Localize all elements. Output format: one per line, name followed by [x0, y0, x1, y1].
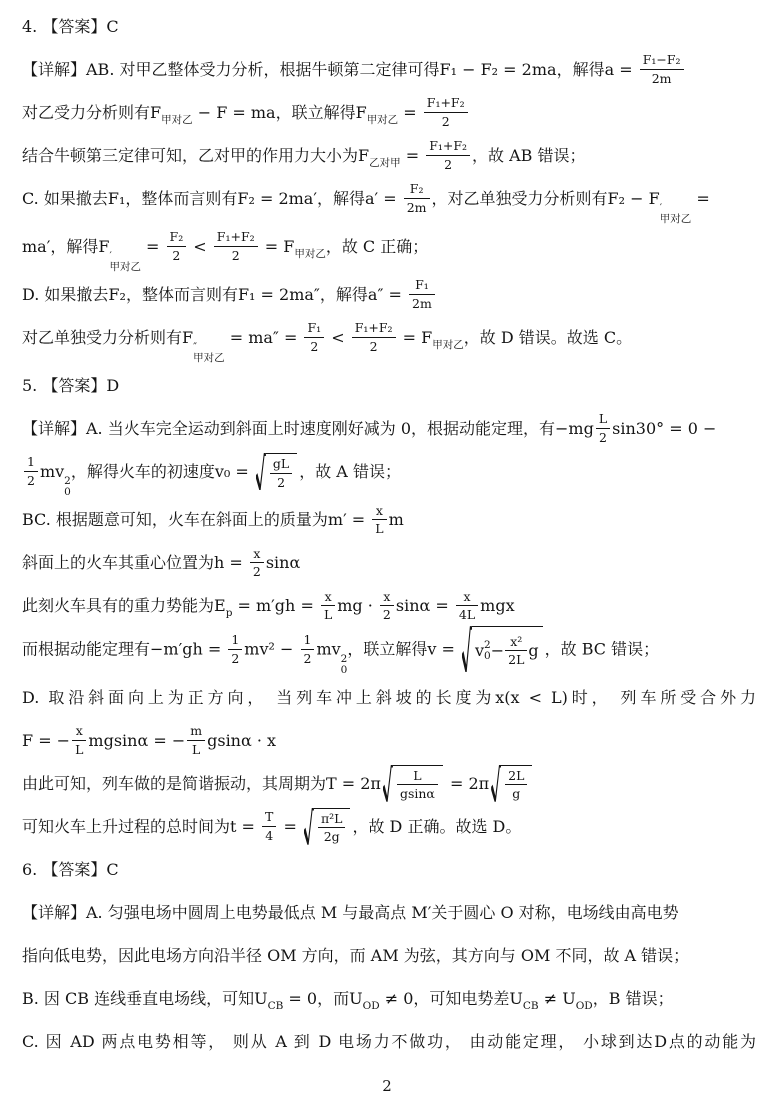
q4-detail-4: C. 如果撤去F₁，整体而言则有F₂ = 2ma′，解得a′ = F₂2m，对乙…	[22, 177, 756, 225]
radical-icon	[491, 765, 501, 802]
fraction: F₁+F₂2	[426, 138, 470, 172]
sup-sub-stack: ″甲对乙	[193, 342, 225, 364]
q5-detail-7: D. 取沿斜面向上为正方向， 当列车冲上斜坡的长度为x(x < L)时， 列车所…	[22, 676, 756, 719]
fraction: F₁2	[304, 320, 324, 354]
q4-detail-7: 对乙单独受力分析则有F″甲对乙 = ma″ = F₁2 < F₁+F₂2 = F…	[22, 316, 756, 364]
q5-detail-1: 【详解】A. 当火车完全运动到斜面上时速度刚好减为 0，根据动能定理，有−mgL…	[22, 407, 756, 450]
q6-answer: 6. 【答案】C	[22, 848, 756, 891]
q5-detail-4: 斜面上的火车其重心位置为h = x2sinα	[22, 541, 756, 584]
sup-sub-stack: 20	[484, 640, 491, 662]
fraction: xL	[372, 503, 386, 537]
fraction: F₁−F₂2m	[640, 52, 684, 86]
radical-icon	[304, 808, 314, 845]
square-root: gL2	[256, 453, 297, 490]
fraction: mL	[187, 723, 205, 757]
subscript: 乙对甲	[369, 157, 401, 169]
square-root: 2Lg	[491, 765, 532, 802]
subscript: 甲对乙	[367, 114, 399, 126]
q4-detail-3: 结合牛顿第三定律可知，乙对甲的作用力大小为F乙对甲 = F₁+F₂2，故 AB …	[22, 134, 756, 177]
q5-detail-6: 而根据动能定理有−m′gh = 12mv² − 12mv20，联立解得v = v…	[22, 627, 756, 676]
q6-detail-4: C. 因 AD 两点电势相等， 则从 A 到 D 电场力不做功， 由动能定理， …	[22, 1020, 756, 1063]
sup-sub-stack: 20	[341, 654, 348, 676]
subscript: p	[226, 607, 233, 619]
subscript: CB	[268, 1000, 284, 1012]
radical-icon	[256, 453, 266, 490]
fraction: F₂2m	[404, 181, 430, 215]
fraction: x2	[250, 546, 264, 580]
fraction: x2	[380, 589, 394, 623]
q5-detail-5: 此刻火车具有的重力势能为Ep = m′gh = xLmg · x2sinα = …	[22, 584, 756, 627]
fraction: F₂2	[167, 229, 187, 263]
fraction: 2Lg	[505, 768, 527, 802]
radical-icon	[383, 765, 393, 802]
subscript: 甲对乙	[294, 248, 326, 260]
q5-detail-2: 12mv20，解得火车的初速度v₀ = gL2，故 A 错误；	[22, 450, 756, 498]
fraction: 12	[24, 454, 38, 488]
sup-sub-stack: ′甲对乙	[109, 251, 141, 273]
fraction: F₁+F₂2	[352, 320, 396, 354]
q5-detail-9: 由此可知，列车做的是简谐振动，其周期为T = 2πLgsinα = 2π2Lg	[22, 762, 756, 805]
square-root: v20 − x²2Lg	[462, 626, 543, 672]
fraction: F₁+F₂2	[214, 229, 258, 263]
q4-answer: 4. 【答案】C	[22, 5, 756, 48]
subscript: CB	[523, 1000, 539, 1012]
q4-detail-2: 对乙受力分析则有F甲对乙 − F = ma，联立解得F甲对乙 = F₁+F₂2	[22, 91, 756, 134]
q5-detail-8: F = −xLmgsinα = −mLgsinα · x	[22, 719, 756, 762]
subscript: OD	[576, 1000, 593, 1012]
page-footer: 2	[0, 1077, 774, 1095]
fraction: Lgsinα	[397, 768, 438, 802]
q6-detail-3: B. 因 CB 连线垂直电场线，可知UCB = 0，而UOD ≠ 0，可知电势差…	[22, 977, 756, 1020]
fraction: xL	[321, 589, 335, 623]
q5-answer: 5. 【答案】D	[22, 364, 756, 407]
subscript: 甲对乙	[161, 114, 193, 126]
q5-detail-10: 可知火车上升过程的总时间为t = T4 = π²L2g，故 D 正确。故选 D。	[22, 805, 756, 848]
q5-detail-3: BC. 根据题意可知，火车在斜面上的质量为m′ = xLm	[22, 498, 756, 541]
fraction: xL	[72, 723, 86, 757]
sup-sub-stack: 20	[64, 476, 71, 498]
fraction: 12	[228, 632, 242, 666]
fraction: L2	[596, 411, 610, 445]
fraction: x²2L	[505, 634, 527, 668]
sup-sub-stack: ′甲对乙	[660, 203, 692, 225]
q4-detail-1: 【详解】AB. 对甲乙整体受力分析，根据牛顿第二定律可得F₁ − F₂ = 2m…	[22, 48, 756, 91]
fraction: 12	[301, 632, 315, 666]
subscript: 甲对乙	[432, 339, 464, 351]
fraction: x4L	[456, 589, 478, 623]
document-content: 4. 【答案】C【详解】AB. 对甲乙整体受力分析，根据牛顿第二定律可得F₁ −…	[22, 5, 756, 1063]
square-root: Lgsinα	[383, 765, 443, 802]
q6-detail-2: 指向低电势，因此电场方向沿半径 OM 方向，而 AM 为弦，其方向与 OM 不同…	[22, 934, 756, 977]
fraction: gL2	[270, 456, 292, 490]
answer-document: 4. 【答案】C【详解】AB. 对甲乙整体受力分析，根据牛顿第二定律可得F₁ −…	[0, 0, 774, 1063]
radical-icon	[462, 626, 472, 672]
square-root: π²L2g	[304, 808, 351, 845]
fraction: F₁+F₂2	[424, 95, 468, 129]
fraction: π²L2g	[318, 811, 346, 845]
fraction: T4	[262, 809, 276, 843]
q6-detail-1: 【详解】A. 匀强电场中圆周上电势最低点 M 与最高点 M′关于圆心 O 对称，…	[22, 891, 756, 934]
q4-detail-6: D. 如果撤去F₂，整体而言则有F₁ = 2ma″，解得a″ = F₁2m	[22, 273, 756, 316]
fraction: F₁2m	[409, 277, 435, 311]
q4-detail-5: ma′，解得F′甲对乙 = F₂2 < F₁+F₂2 = F甲对乙，故 C 正确…	[22, 225, 756, 273]
page-number: 2	[382, 1077, 392, 1095]
subscript: OD	[363, 1000, 380, 1012]
